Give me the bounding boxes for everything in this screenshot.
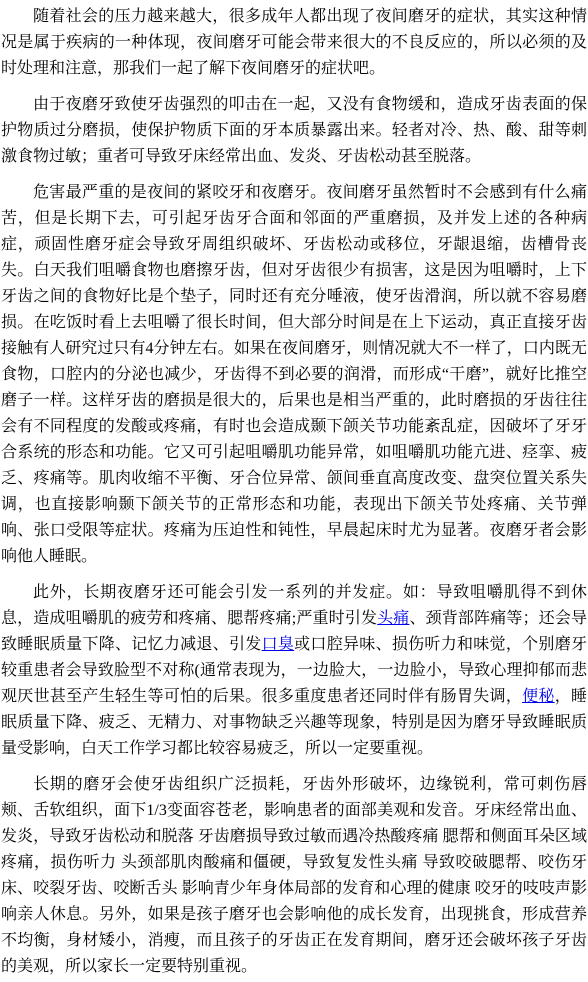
- headache-link[interactable]: 头痛: [377, 610, 409, 627]
- text-run: 长期的磨牙会使牙齿组织广泛损耗，牙齿外形破坏，边缘锐利，常可刺伤唇颊、舌软组织，…: [1, 776, 587, 975]
- text-run: 随着社会的压力越来越大，很多成年人都出现了夜间磨牙的症状，其实这种情况是属于疾病…: [1, 8, 587, 77]
- article-body: 随着社会的压力越来越大，很多成年人都出现了夜间磨牙的症状，其实这种情况是属于疾病…: [0, 0, 588, 982]
- bad-breath-link[interactable]: 口臭: [262, 636, 295, 653]
- paragraph-1: 随着社会的压力越来越大，很多成年人都出现了夜间磨牙的症状，其实这种情况是属于疾病…: [1, 4, 587, 82]
- paragraph-3: 危害最严重的是夜间的紧咬牙和夜磨牙。夜间磨牙虽然暂时不会感到有什么痛苦，但是长期…: [1, 180, 587, 570]
- paragraph-4: 此外，长期夜磨牙还可能会引发一系列的并发症。如：导致咀嚼肌得不到休息，造成咀嚼肌…: [1, 580, 587, 762]
- text-run: 由于夜磨牙致使牙齿强烈的叩击在一起，又没有食物缓和，造成牙齿表面的保护物质过分磨…: [1, 96, 587, 165]
- text-run: 危害最严重的是夜间的紧咬牙和夜磨牙。夜间磨牙虽然暂时不会感到有什么痛苦，但是长期…: [1, 184, 587, 565]
- constipation-link[interactable]: 便秘: [522, 688, 555, 705]
- paragraph-2: 由于夜磨牙致使牙齿强烈的叩击在一起，又没有食物缓和，造成牙齿表面的保护物质过分磨…: [1, 92, 587, 170]
- paragraph-5: 长期的磨牙会使牙齿组织广泛损耗，牙齿外形破坏，边缘锐利，常可刺伤唇颊、舌软组织，…: [1, 772, 587, 980]
